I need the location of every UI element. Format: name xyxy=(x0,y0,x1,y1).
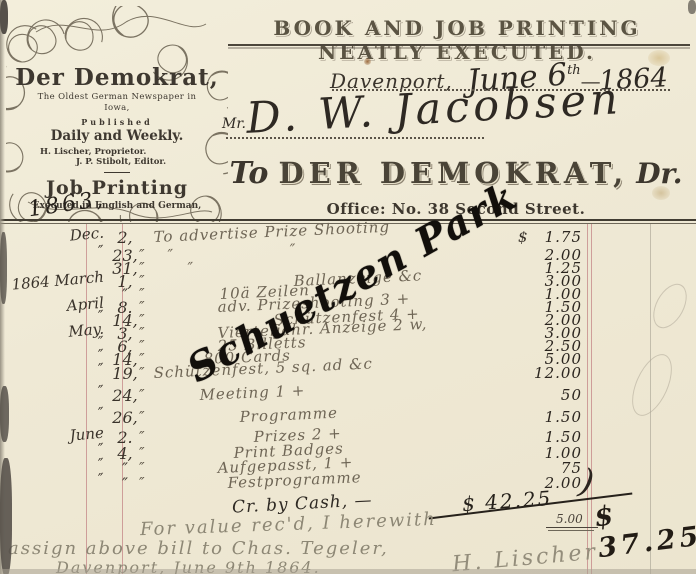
ditto-mark: ″ xyxy=(139,364,153,382)
masthead-subtitle-2: Iowa, xyxy=(14,103,220,113)
paper-stain xyxy=(648,50,670,66)
ditto-mark: ″ xyxy=(139,408,153,426)
bill-to-name: DER DEMOKRAT, xyxy=(278,156,628,190)
masthead-divider xyxy=(104,172,130,173)
banner-headline: BOOK AND JOB PRINTING NEATLY EXECUTED. xyxy=(222,16,692,64)
addressee-name-signature: D. W. Jacobsen xyxy=(245,74,623,144)
cash-underline-1 xyxy=(546,527,598,528)
masthead-published: Published xyxy=(14,117,220,127)
assignment-note-line2: assign above bill to Chas. Tegeler, xyxy=(8,538,389,559)
ledger-row: ″19,″Schützenfest, 5 sq. ad &c12.00 xyxy=(0,364,696,383)
entry-amount: $1.75 xyxy=(486,228,588,246)
edge-blot xyxy=(0,386,9,442)
paper-stain xyxy=(652,186,670,200)
ditto-mark: ″ xyxy=(139,474,153,492)
edge-blot xyxy=(688,0,696,14)
dollar-sign: $ xyxy=(518,228,529,246)
paper-stain xyxy=(364,58,371,65)
entry-month: ″ xyxy=(3,470,104,497)
cash-underline-2 xyxy=(548,530,594,531)
cash-credit-amount: 5.00 xyxy=(556,512,583,526)
entry-description: Festprogramme xyxy=(154,474,486,492)
edge-blot xyxy=(0,232,7,304)
masthead-subtitle: The Oldest German Newspaper in xyxy=(14,92,220,102)
entry-amount: 50 xyxy=(486,386,588,404)
masthead-proprietor: H. Lischer, Proprietor. xyxy=(14,147,220,157)
net-amount: $ 37.25 xyxy=(593,490,696,564)
bill-to-line: ToDER DEMOKRAT,Dr. xyxy=(226,156,686,191)
bill-to-prefix: To xyxy=(230,156,269,191)
ledger-row: Dec.2,To advertise Prize Shooting$1.75 xyxy=(0,228,696,247)
edge-blot xyxy=(0,458,12,574)
addressee-prefix: Mr. xyxy=(222,116,246,132)
ledger-row: ″24,″Meeting 1 +50 xyxy=(0,386,696,405)
bottom-scan-edge xyxy=(0,569,696,574)
entry-amount: 1.50 xyxy=(486,408,588,426)
masthead-box: Der Demokrat, The Oldest German Newspape… xyxy=(14,12,220,216)
masthead-editor: J. P. Stibolt, Editor. xyxy=(14,157,220,167)
banner-rule xyxy=(228,44,690,46)
entry-day: 2, xyxy=(104,228,146,247)
ditto-mark: ″ xyxy=(139,386,153,404)
masthead-title: Der Demokrat, xyxy=(14,64,220,91)
assignment-note-line1: For value rec'd, I herewith xyxy=(140,509,437,540)
edge-blot xyxy=(0,0,8,34)
ledger-row: ″26,″Programme1.50 xyxy=(0,408,696,427)
addressee-dotted-rule xyxy=(226,137,484,139)
masthead-frequency: Daily and Weekly. xyxy=(14,128,220,144)
entry-description: Programme xyxy=(154,408,486,426)
entry-amount: 12.00 xyxy=(486,364,588,382)
